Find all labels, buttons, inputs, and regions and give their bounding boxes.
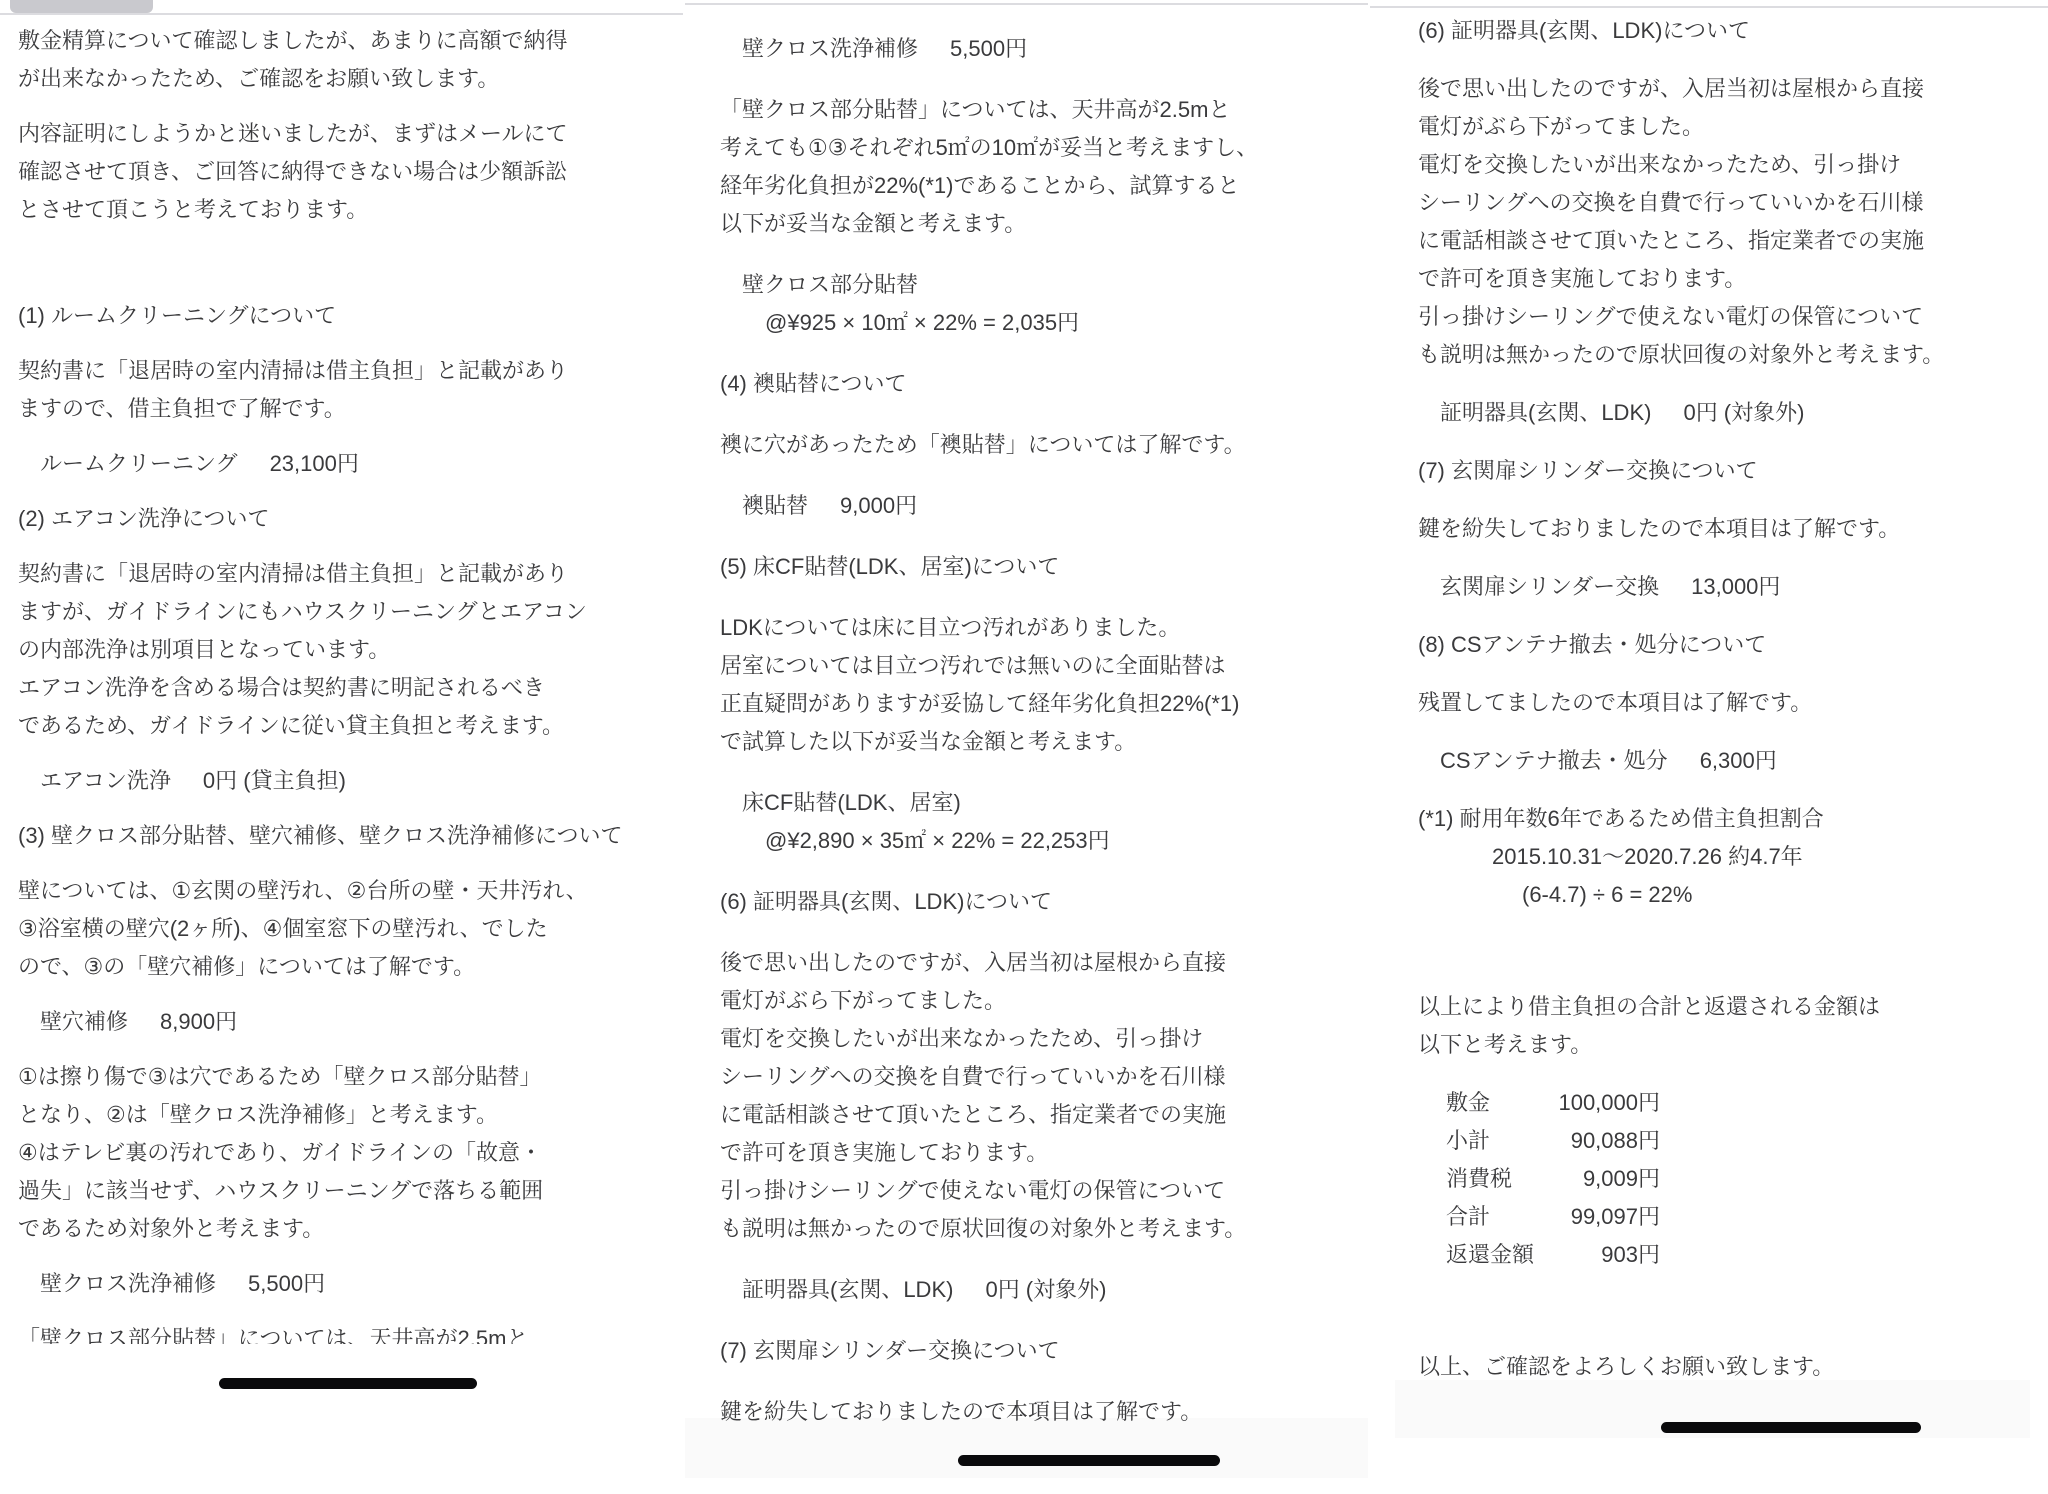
paragraph: 内容証明にしようかと迷いましたが、まずはメールにて確認させて頂き、ご回答に納得で… [18,115,653,229]
paragraph: 残置してましたので本項目は了解です。 [1418,684,2040,722]
text-line: 壁については、①玄関の壁汚れ、②台所の壁・天井汚れ、 [18,872,653,910]
letter-text-page-3: (6) 証明器具(玄関、LDK)について後で思い出したのですが、入居当初は屋根か… [1370,0,2048,1386]
calc-formula: @¥2,890 × 35㎡ × 22% = 22,253円 [720,822,1352,860]
text-line: ので、③の「壁穴補修」については了解です。 [18,948,653,986]
text-line: ますので、借主負担で了解です。 [18,390,653,428]
amount-label: 壁穴補修 [40,1003,128,1041]
section-heading: (6) 証明器具(玄関、LDK)について [1418,12,2040,50]
paragraph: 鍵を紛失しておりましたので本項目は了解です。 [1418,510,2040,548]
amount-value: 6,300円 [1700,742,1777,780]
totals-value: 903円 [1601,1236,1660,1274]
text-line: であるため、ガイドラインに従い貸主負担と考えます。 [18,707,653,745]
totals-label: 返還金額 [1446,1236,1534,1274]
text-line: 内容証明にしようかと迷いましたが、まずはメールにて [18,115,653,153]
text-line: 引っ掛けシーリングで使えない電灯の保管について [1418,298,2040,336]
phone-screenshot-3: (6) 証明器具(玄関、LDK)について後で思い出したのですが、入居当初は屋根か… [1370,0,2048,1494]
amount-line: 壁クロス洗浄補修5,500円 [18,1265,653,1303]
text-line: で許可を頂き実施しております。 [1418,260,2040,298]
section-heading: (7) 玄関扉シリンダー交換について [1418,452,2040,490]
amount-value: 5,500円 [248,1265,325,1303]
text-line: となり、②は「壁クロス洗浄補修」と考えます。 [18,1096,653,1134]
letter-text-page-1: 敷金精算について確認しましたが、あまりに高額で納得が出来なかったため、ご確認をお… [0,0,683,1344]
text-line: 鍵を紛失しておりましたので本項目は了解です。 [1418,510,2040,548]
paragraph: ①は擦り傷で③は穴であるため「壁クロス部分貼替」となり、②は「壁クロス洗浄補修」… [18,1058,653,1248]
text-line: シーリングへの交換を自費で行っていいかを石川様 [1418,184,2040,222]
text-line: ますが、ガイドラインにもハウスクリーニングとエアコン [18,593,653,631]
text-line: 襖に穴があったため「襖貼替」については了解です。 [720,426,1352,464]
text-line: 電灯がぶら下がってました。 [1418,108,2040,146]
blank-line [1418,934,2040,968]
calculation: 壁クロス部分貼替@¥925 × 10㎡ × 22% = 2,035円 [720,266,1352,342]
amount-value: 9,000円 [840,487,917,525]
amount-label: ルームクリーニング [40,445,238,483]
amount-label: 壁クロス洗浄補修 [742,30,918,68]
paragraph: 以上により借主負担の合計と返還される金額は以下と考えます。 [1418,988,2040,1064]
paragraph: 後で思い出したのですが、入居当初は屋根から直接電灯がぶら下がってました。電灯を交… [720,944,1352,1248]
totals-label: 小計 [1446,1122,1490,1160]
amount-value: 0円 (対象外) [985,1271,1106,1309]
text-line: 契約書に「退居時の室内清掃は借主負担」と記載があり [18,555,653,593]
amount-line: 玄関扉シリンダー交換13,000円 [1418,568,2040,606]
footnote: (*1) 耐用年数6年であるため借主負担割合2015.10.31〜2020.7.… [1418,800,2040,914]
paragraph: 壁については、①玄関の壁汚れ、②台所の壁・天井汚れ、③浴室横の壁穴(2ヶ所)、④… [18,872,653,986]
section-heading: (4) 襖貼替について [720,365,1352,403]
paragraph: 契約書に「退居時の室内清掃は借主負担」と記載がありますので、借主負担で了解です。 [18,352,653,428]
text-line: 契約書に「退居時の室内清掃は借主負担」と記載があり [18,352,653,390]
section-heading: (1) ルームクリーニングについて [18,297,653,335]
text-line: LDKについては床に目立つ汚れがありました。 [720,609,1352,647]
paragraph: 敷金精算について確認しましたが、あまりに高額で納得が出来なかったため、ご確認をお… [18,22,653,98]
blank-line [18,246,653,280]
text-line: で許可を頂き実施しております。 [720,1134,1352,1172]
amount-line: 証明器具(玄関、LDK)0円 (対象外) [1418,394,2040,432]
paragraph: 「壁クロス部分貼替」については、天井高が2.5mと考えても①③それぞれ5㎡の10… [720,91,1352,243]
screenshot-collage: 敷金精算について確認しましたが、あまりに高額で納得が出来なかったため、ご確認をお… [0,0,2048,1494]
phone-screenshot-2: 壁クロス洗浄補修5,500円「壁クロス部分貼替」については、天井高が2.5mと考… [685,0,1368,1494]
text-line: 以下が妥当な金額と考えます。 [720,205,1352,243]
text-line: 「壁クロス部分貼替」については、天井高が2.5mと [18,1320,653,1344]
text-line: 以上、ご確認をよろしくお願い致します。 [1418,1348,2040,1386]
text-line: 敷金精算について確認しましたが、あまりに高額で納得 [18,22,653,60]
phone-screenshot-1: 敷金精算について確認しましたが、あまりに高額で納得が出来なかったため、ご確認をお… [0,0,683,1494]
text-line: も説明は無かったので原状回復の対象外と考えます。 [720,1210,1352,1248]
text-line: の内部洗浄は別項目となっています。 [18,631,653,669]
section-heading: (7) 玄関扉シリンダー交換について [720,1332,1352,1370]
section-heading: (6) 証明器具(玄関、LDK)について [720,883,1352,921]
amount-label: 玄関扉シリンダー交換 [1440,568,1659,606]
text-line: で試算した以下が妥当な金額と考えます。 [720,723,1352,761]
text-line: 引っ掛けシーリングで使えない電灯の保管について [720,1172,1352,1210]
section-heading: (8) CSアンテナ撤去・処分について [1418,626,2040,664]
amount-label: 壁クロス洗浄補修 [40,1265,216,1303]
amount-line: 襖貼替9,000円 [720,487,1352,525]
text-line: 過失」に該当せず、ハウスクリーニングで落ちる範囲 [18,1172,653,1210]
amount-line: 壁穴補修8,900円 [18,1003,653,1041]
text-line: 正直疑問がありますが妥協して経年劣化負担22%(*1) [720,685,1352,723]
clipped-text-line: 「壁クロス部分貼替」については、天井高が2.5mと [18,1320,653,1344]
text-line: ③浴室横の壁穴(2ヶ所)、④個室窓下の壁汚れ、でした [18,910,653,948]
amount-value: 0円 (貸主負担) [203,762,346,800]
text-line: ①は擦り傷で③は穴であるため「壁クロス部分貼替」 [18,1058,653,1096]
totals-row: 消費税9,009円 [1446,1160,1660,1198]
totals-value: 100,000円 [1558,1084,1660,1122]
amount-line: 壁クロス洗浄補修5,500円 [720,30,1352,68]
totals-value: 9,009円 [1583,1160,1660,1198]
totals-row: 小計90,088円 [1446,1122,1660,1160]
text-line: 電灯を交換したいが出来なかったため、引っ掛け [1418,146,2040,184]
totals-label: 消費税 [1446,1160,1512,1198]
paragraph: 鍵を紛失しておりましたので本項目は了解です。 [720,1393,1352,1431]
amount-label: 証明器具(玄関、LDK) [742,1271,953,1309]
calc-title: 床CF貼替(LDK、居室) [720,784,1352,822]
text-line: 鍵を紛失しておりましたので本項目は了解です。 [720,1393,1352,1431]
totals-row: 敷金100,000円 [1446,1084,1660,1122]
section-heading: (2) エアコン洗浄について [18,500,653,538]
paragraph: LDKについては床に目立つ汚れがありました。居室については目立つ汚れでは無いのに… [720,609,1352,761]
calc-title: 壁クロス部分貼替 [720,266,1352,304]
amount-label: 証明器具(玄関、LDK) [1440,394,1651,432]
totals-row: 返還金額903円 [1446,1236,1660,1274]
text-line: が出来なかったため、ご確認をお願い致します。 [18,60,653,98]
totals-table: 敷金100,000円小計90,088円消費税9,009円合計99,097円返還金… [1418,1084,2040,1274]
text-line: 以上により借主負担の合計と返還される金額は [1418,988,2040,1026]
amount-label: エアコン洗浄 [40,762,171,800]
text-line: 電灯がぶら下がってました。 [720,982,1352,1020]
text-line: 後で思い出したのですが、入居当初は屋根から直接 [1418,70,2040,108]
text-line: (*1) 耐用年数6年であるため借主負担割合 [1418,800,2040,838]
amount-label: 襖貼替 [742,487,808,525]
amount-value: 23,100円 [270,445,359,483]
calc-formula: @¥925 × 10㎡ × 22% = 2,035円 [720,304,1352,342]
text-line: 確認させて頂き、ご回答に納得できない場合は少額訴訟 [18,153,653,191]
paragraph: 後で思い出したのですが、入居当初は屋根から直接電灯がぶら下がってました。電灯を交… [1418,70,2040,374]
calculation: 床CF貼替(LDK、居室)@¥2,890 × 35㎡ × 22% = 22,25… [720,784,1352,860]
home-indicator[interactable] [1661,1422,1921,1433]
text-line: 残置してましたので本項目は了解です。 [1418,684,2040,722]
text-line: 考えても①③それぞれ5㎡の10㎡が妥当と考えますし、 [720,129,1352,167]
amount-label: CSアンテナ撤去・処分 [1440,742,1668,780]
letter-text-page-2: 壁クロス洗浄補修5,500円「壁クロス部分貼替」については、天井高が2.5mと考… [685,0,1368,1431]
home-indicator[interactable] [219,1378,477,1389]
section-heading: (5) 床CF貼替(LDK、居室)について [720,548,1352,586]
text-line: に電話相談させて頂いたところ、指定業者での実施 [720,1096,1352,1134]
section-heading: (3) 壁クロス部分貼替、壁穴補修、壁クロス洗浄補修について [18,817,653,855]
text-line: 経年劣化負担が22%(*1)であることから、試算すると [720,167,1352,205]
amount-value: 5,500円 [950,30,1027,68]
text-line: 「壁クロス部分貼替」については、天井高が2.5mと [720,91,1352,129]
totals-row: 合計99,097円 [1446,1198,1660,1236]
paragraph: 以上、ご確認をよろしくお願い致します。 [1418,1348,2040,1386]
totals-value: 90,088円 [1571,1122,1660,1160]
text-line: (6-4.7) ÷ 6 = 22% [1418,876,2040,914]
text-line: 以下と考えます。 [1418,1026,2040,1064]
totals-value: 99,097円 [1571,1198,1660,1236]
text-line: シーリングへの交換を自費で行っていいかを石川様 [720,1058,1352,1096]
amount-line: ルームクリーニング23,100円 [18,445,653,483]
paragraph: 襖に穴があったため「襖貼替」については了解です。 [720,426,1352,464]
amount-line: エアコン洗浄0円 (貸主負担) [18,762,653,800]
text-line: 後で思い出したのですが、入居当初は屋根から直接 [720,944,1352,982]
home-indicator[interactable] [958,1455,1220,1466]
amount-line: CSアンテナ撤去・処分6,300円 [1418,742,2040,780]
amount-value: 13,000円 [1691,568,1780,606]
totals-label: 敷金 [1446,1084,1490,1122]
text-line: 電灯を交換したいが出来なかったため、引っ掛け [720,1020,1352,1058]
blank-line [1418,1294,2040,1328]
text-line: も説明は無かったので原状回復の対象外と考えます。 [1418,336,2040,374]
amount-value: 8,900円 [160,1003,237,1041]
text-line: エアコン洗浄を含める場合は契約書に明記されるべき [18,669,653,707]
amount-line: 証明器具(玄関、LDK)0円 (対象外) [720,1271,1352,1309]
text-line: であるため対象外と考えます。 [18,1210,653,1248]
totals-label: 合計 [1446,1198,1490,1236]
text-line: 居室については目立つ汚れでは無いのに全面貼替は [720,647,1352,685]
amount-value: 0円 (対象外) [1683,394,1804,432]
text-line: ④はテレビ裏の汚れであり、ガイドラインの「故意・ [18,1134,653,1172]
text-line: に電話相談させて頂いたところ、指定業者での実施 [1418,222,2040,260]
text-line: 2015.10.31〜2020.7.26 約4.7年 [1418,838,2040,876]
paragraph: 契約書に「退居時の室内清掃は借主負担」と記載がありますが、ガイドラインにもハウス… [18,555,653,745]
text-line: とさせて頂こうと考えております。 [18,191,653,229]
